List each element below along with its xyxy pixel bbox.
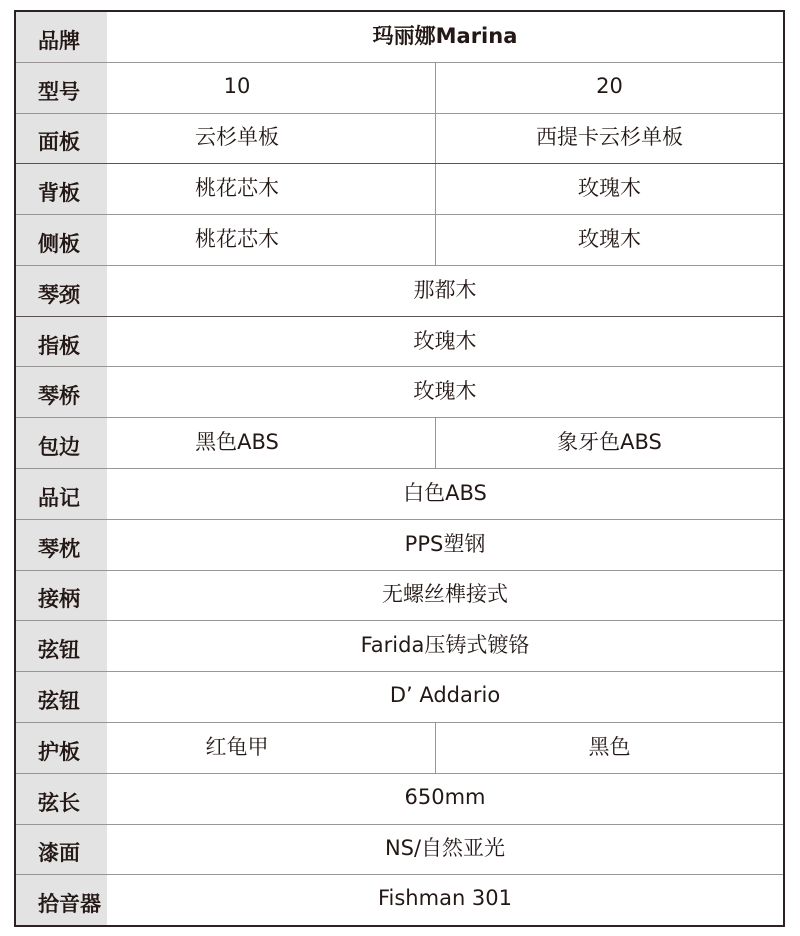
model-20-value: 20 — [436, 63, 783, 113]
row-binding: 包边 黑色ABS 象牙色ABS — [16, 417, 783, 468]
row-label: 品记 — [16, 469, 107, 519]
row-inlay: 品记 白色ABS — [16, 468, 783, 519]
row-finish: 漆面 NS/自然亚光 — [16, 824, 783, 875]
row-label: 弦钮 — [16, 621, 107, 671]
neck-joint-value: 无螺丝榫接式 — [107, 571, 783, 621]
row-model: 型号 10 20 — [16, 62, 783, 113]
row-label: 琴桥 — [16, 367, 107, 417]
row-neck-joint: 接柄 无螺丝榫接式 — [16, 570, 783, 621]
row-label: 琴枕 — [16, 520, 107, 570]
row-label: 琴颈 — [16, 266, 107, 316]
row-label: 侧板 — [16, 215, 107, 265]
model-20-value: 玫瑰木 — [436, 215, 783, 265]
spec-table: 品牌 玛丽娜Marina 型号 10 20 面板 云杉单板 西提卡云杉单板 背板… — [14, 10, 785, 927]
model-10-value: 桃花芯木 — [107, 164, 436, 214]
model-20-value: 象牙色ABS — [436, 418, 783, 468]
row-label: 护板 — [16, 723, 107, 773]
row-neck: 琴颈 那都木 — [16, 265, 783, 316]
row-back: 背板 桃花芯木 玫瑰木 — [16, 163, 783, 214]
row-strings: 弦钮 D’ Addario — [16, 671, 783, 722]
row-pickguard: 护板 红龟甲 黑色 — [16, 722, 783, 773]
row-label: 背板 — [16, 164, 107, 214]
model-10-value: 10 — [107, 63, 436, 113]
model-10-value: 红龟甲 — [107, 723, 436, 773]
row-label: 指板 — [16, 317, 107, 367]
fingerboard-value: 玫瑰木 — [107, 317, 783, 367]
pickup-value: Fishman 301 — [107, 875, 783, 925]
neck-value: 那都木 — [107, 266, 783, 316]
model-10-value: 黑色ABS — [107, 418, 436, 468]
row-sides: 侧板 桃花芯木 玫瑰木 — [16, 214, 783, 265]
model-20-value: 黑色 — [436, 723, 783, 773]
row-label: 接柄 — [16, 571, 107, 621]
strings-value: D’ Addario — [107, 672, 783, 722]
brand-value: 玛丽娜Marina — [107, 12, 783, 62]
row-label: 漆面 — [16, 825, 107, 875]
scale-length-value: 650mm — [107, 774, 783, 824]
row-tuners: 弦钮 Farida压铸式镀铬 — [16, 620, 783, 671]
model-10-value: 桃花芯木 — [107, 215, 436, 265]
row-label: 品牌 — [16, 12, 107, 62]
nut-value: PPS塑钢 — [107, 520, 783, 570]
finish-value: NS/自然亚光 — [107, 825, 783, 875]
row-label: 面板 — [16, 114, 107, 164]
row-label: 型号 — [16, 63, 107, 113]
row-scale-length: 弦长 650mm — [16, 773, 783, 824]
row-fingerboard: 指板 玫瑰木 — [16, 316, 783, 367]
row-pickup: 拾音器 Fishman 301 — [16, 874, 783, 925]
row-label: 弦钮 — [16, 672, 107, 722]
row-label: 弦长 — [16, 774, 107, 824]
inlay-value: 白色ABS — [107, 469, 783, 519]
model-10-value: 云杉单板 — [107, 114, 436, 164]
row-bridge: 琴桥 玫瑰木 — [16, 366, 783, 417]
row-label: 拾音器 — [16, 875, 107, 925]
tuners-value: Farida压铸式镀铬 — [107, 621, 783, 671]
model-20-value: 西提卡云杉单板 — [436, 114, 783, 164]
row-top: 面板 云杉单板 西提卡云杉单板 — [16, 113, 783, 164]
row-brand: 品牌 玛丽娜Marina — [16, 12, 783, 62]
bridge-value: 玫瑰木 — [107, 367, 783, 417]
row-nut: 琴枕 PPS塑钢 — [16, 519, 783, 570]
row-label: 包边 — [16, 418, 107, 468]
model-20-value: 玫瑰木 — [436, 164, 783, 214]
